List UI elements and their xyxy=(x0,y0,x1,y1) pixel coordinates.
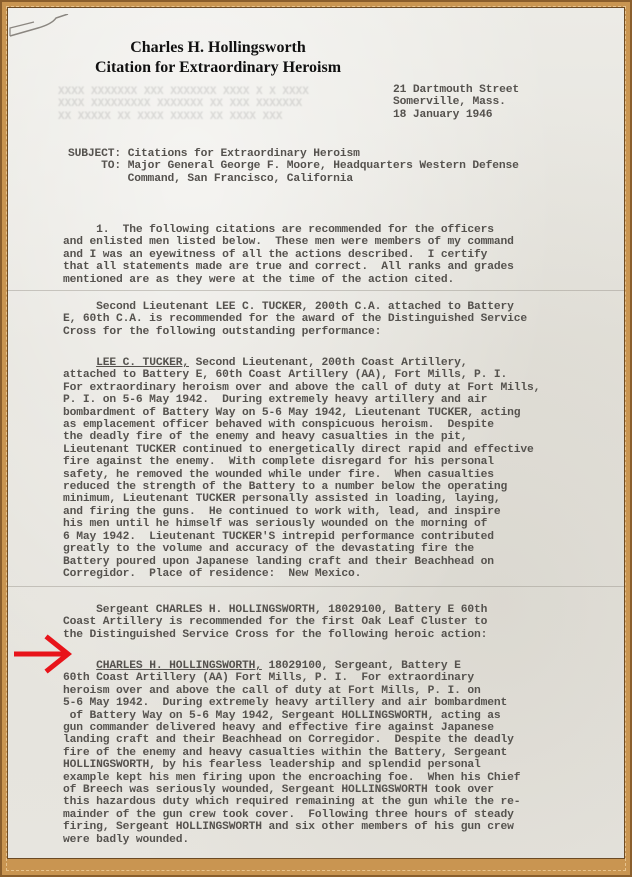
paragraph-certification: 1. The following citations are recommend… xyxy=(63,224,514,286)
text-line: 60th Coast Artillery (AA) Fort Mills, P.… xyxy=(63,672,520,684)
paper-clip-icon xyxy=(8,14,78,38)
text-line: Corregidor. Place of residence: New Mexi… xyxy=(63,568,540,580)
to-value-cont: Command, San Francisco, California xyxy=(128,173,353,185)
text-line: Sergeant CHARLES H. HOLLINGSWORTH, 18029… xyxy=(63,604,487,616)
text-line: and enlisted men listed below. These men… xyxy=(63,236,514,248)
paragraph-tucker-citation: LEE C. TUCKER, Second Lieutenant, 200th … xyxy=(63,357,540,580)
sender-address: 21 Dartmouth StreetSomerville, Mass.18 J… xyxy=(393,84,519,121)
letter-date: 18 January 1946 xyxy=(393,109,519,121)
paragraph-tucker-recommendation: Second Lieutenant LEE C. TUCKER, 200th C… xyxy=(63,301,527,338)
address-city: Somerville, Mass. xyxy=(393,96,519,108)
paragraph-hollingsworth-recommendation: Sergeant CHARLES H. HOLLINGSWORTH, 18029… xyxy=(63,604,487,641)
citee-name-hollingsworth: CHARLES H. HOLLINGSWORTH, xyxy=(96,660,262,672)
text-line: heroism over and above the call of duty … xyxy=(63,685,520,697)
text-line: greatly to the volume and accuracy of th… xyxy=(63,543,540,555)
text-line: Coast Artillery is recommended for the f… xyxy=(63,616,487,628)
letter-header: SUBJECT: Citations for Extraordinary Her… xyxy=(68,148,519,185)
text-line: For extraordinary heroism over and above… xyxy=(63,382,540,394)
text-line: fire of the enemy and heavy casualties w… xyxy=(63,747,520,759)
subject-label: SUBJECT: xyxy=(68,148,121,160)
text-line: 1. The following citations are recommend… xyxy=(63,224,514,236)
text-line: mainder of the gun crew took cover. Foll… xyxy=(63,809,520,821)
right-arrow-icon xyxy=(14,634,74,674)
to-label: TO: xyxy=(101,160,121,172)
text-line: 5-6 May 1942. During extremely heavy art… xyxy=(63,697,520,709)
text-line: bombardment of Battery Way on 5-6 May 19… xyxy=(63,407,540,419)
typewritten-letter: XXXX XXXXXXX XXX XXXXXXX XXXX X X XXXX X… xyxy=(7,7,625,859)
text-line: P. I. on 5-6 May 1942. During extremely … xyxy=(63,394,540,406)
citation-body: attached to Battery E, 60th Coast Artill… xyxy=(63,369,540,580)
text-line: were badly wounded. xyxy=(63,834,520,846)
citation-first-line: 18029100, Sergeant, Battery E xyxy=(262,660,461,672)
text-line: safety, he removed the wounded while und… xyxy=(63,469,540,481)
subject-value: Citations for Extraordinary Heroism xyxy=(128,148,360,160)
text-line: this hazardous duty which required remai… xyxy=(63,796,520,808)
text-line: reduced the strength of the Battery to a… xyxy=(63,481,540,493)
text-line: the Distinguished Service Cross for the … xyxy=(63,629,487,641)
text-line: Cross for the following outstanding perf… xyxy=(63,326,527,338)
citation-body: 60th Coast Artillery (AA) Fort Mills, P.… xyxy=(63,672,520,846)
text-line: Battery poured upon Japanese landing cra… xyxy=(63,556,540,568)
citee-name-tucker: LEE C. TUCKER, xyxy=(96,357,189,369)
text-line: that all statements made are true and co… xyxy=(63,261,514,273)
text-line: his men until he himself was seriously w… xyxy=(63,518,540,530)
text-line: E, 60th C.A. is recommended for the awar… xyxy=(63,313,527,325)
text-line: example kept his men firing upon the enc… xyxy=(63,772,520,784)
text-line: and I was an eyewitness of all the actio… xyxy=(63,249,514,261)
to-value: Major General George F. Moore, Headquart… xyxy=(128,160,519,172)
title-name: Charles H. Hollingsworth xyxy=(48,38,388,58)
paper-fold-line xyxy=(8,586,624,587)
text-line: minimum, Lieutenant TUCKER personally as… xyxy=(63,493,540,505)
paragraph-hollingsworth-citation: CHARLES H. HOLLINGSWORTH, 18029100, Serg… xyxy=(63,660,520,846)
paper-fold-line xyxy=(8,290,624,291)
text-line: as emplacement officer behaved with cons… xyxy=(63,419,540,431)
text-line: gun commander delivered heavy and effect… xyxy=(63,722,520,734)
address-street: 21 Dartmouth Street xyxy=(393,84,519,96)
text-line: landing craft and their Beachhead on Cor… xyxy=(63,734,520,746)
bleed-through-text: XXXX XXXXXXX XXX XXXXXXX XXXX X X XXXX X… xyxy=(58,86,309,123)
text-line: firing, Sergeant HOLLINGSWORTH and six o… xyxy=(63,821,520,833)
text-line: Second Lieutenant LEE C. TUCKER, 200th C… xyxy=(63,301,527,313)
overlay-title: Charles H. Hollingsworth Citation for Ex… xyxy=(48,38,388,78)
text-line: mentioned are as they were at the time o… xyxy=(63,274,514,286)
text-line: Lieutenant TUCKER continued to energetic… xyxy=(63,444,540,456)
text-line: the deadly fire of the enemy and heavy c… xyxy=(63,431,540,443)
text-line: of Battery Way on 5-6 May 1942, Sergeant… xyxy=(63,710,520,722)
text-line: fire against the enemy. With complete di… xyxy=(63,456,540,468)
text-line: of Breech was seriously wounded, Sergean… xyxy=(63,784,520,796)
title-subtitle: Citation for Extraordinary Heroism xyxy=(48,58,388,78)
text-line: attached to Battery E, 60th Coast Artill… xyxy=(63,369,540,381)
citation-first-line: Second Lieutenant, 200th Coast Artillery… xyxy=(189,357,467,369)
text-line: and firing the guns. He continued to wor… xyxy=(63,506,540,518)
text-line: 6 May 1942. Lieutenant TUCKER'S intrepid… xyxy=(63,531,540,543)
text-line: HOLLINGSWORTH, by his fearless leadershi… xyxy=(63,759,520,771)
